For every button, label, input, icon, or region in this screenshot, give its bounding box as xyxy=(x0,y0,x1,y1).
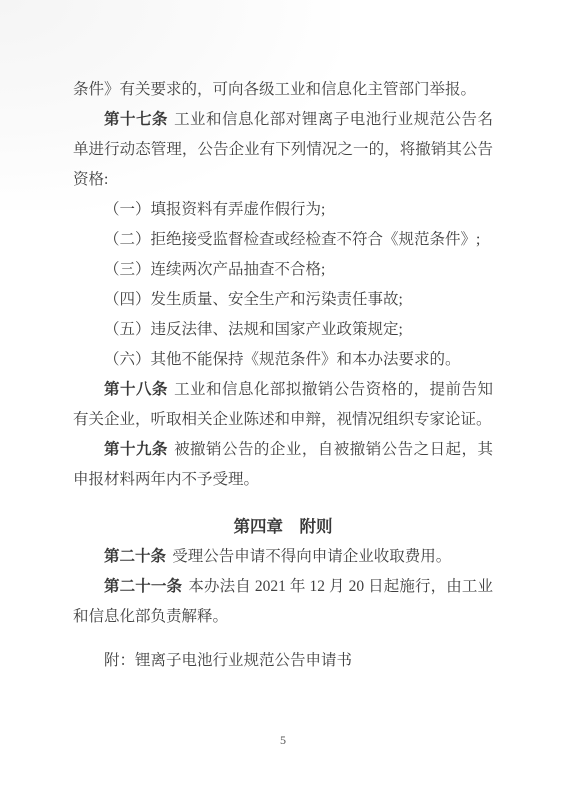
article-20-label: 第二十条 xyxy=(104,548,166,565)
chapter-heading: 第四章 附则 xyxy=(73,512,493,542)
document-body: 条件》有关要求的，可向各级工业和信息化主管部门举报。 第十七条工业和信息化部对锂… xyxy=(73,75,493,676)
page-number: 5 xyxy=(0,730,566,750)
article-19-label: 第十九条 xyxy=(104,441,168,458)
paragraph-continuation: 条件》有关要求的，可向各级工业和信息化主管部门举报。 xyxy=(73,75,493,105)
document-page: 条件》有关要求的，可向各级工业和信息化主管部门举报。 第十七条工业和信息化部对锂… xyxy=(0,0,566,800)
article-18-label: 第十八条 xyxy=(104,381,168,398)
article-19: 第十九条被撤销公告的企业，自被撤销公告之日起，其申报材料两年内不予受理。 xyxy=(73,435,493,495)
article-20: 第二十条受理公告申请不得向申请企业收取费用。 xyxy=(73,542,493,572)
article-17: 第十七条工业和信息化部对锂离子电池行业规范公告名单进行动态管理，公告企业有下列情… xyxy=(73,105,493,195)
article-17-label: 第十七条 xyxy=(104,111,168,128)
article-21: 第二十一条本办法自 2021 年 12 月 20 日起施行，由工业和信息化部负责… xyxy=(73,572,493,632)
revocation-item-5: （五）违反法律、法规和国家产业政策规定; xyxy=(73,315,493,345)
article-18: 第十八条工业和信息化部拟撤销公告资格的，提前告知有关企业，听取相关企业陈述和申辩… xyxy=(73,375,493,435)
revocation-item-2: （二）拒绝接受监督检查或经检查不符合《规范条件》; xyxy=(73,225,493,255)
revocation-item-3: （三）连续两次产品抽查不合格; xyxy=(73,255,493,285)
revocation-item-6: （六）其他不能保持《规范条件》和本办法要求的。 xyxy=(73,345,493,375)
revocation-item-1: （一）填报资料有弄虚作假行为; xyxy=(73,195,493,225)
article-20-text: 受理公告申请不得向申请企业收取费用。 xyxy=(172,548,451,565)
article-21-label: 第二十一条 xyxy=(104,578,182,595)
revocation-item-4: （四）发生质量、安全生产和污染责任事故; xyxy=(73,285,493,315)
attachment-line: 附：锂离子电池行业规范公告申请书 xyxy=(73,646,493,676)
